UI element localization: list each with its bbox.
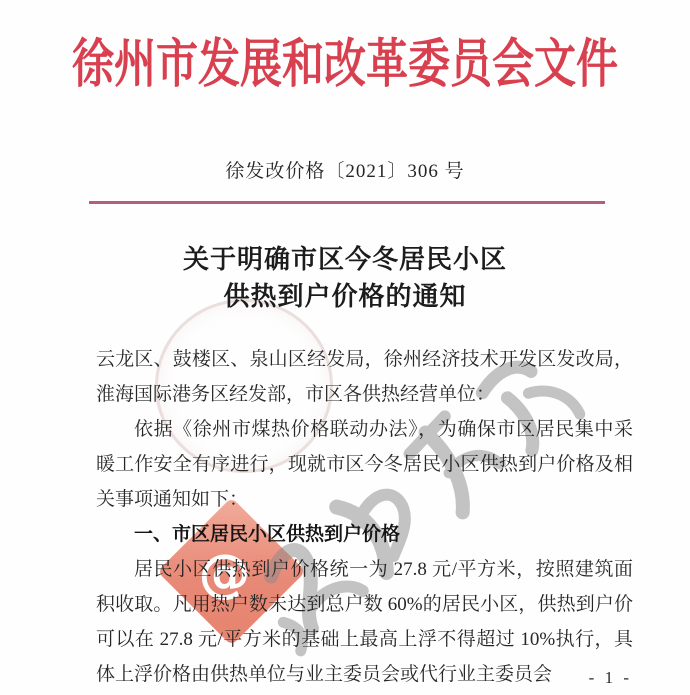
section-1-paragraph: 居民小区供热到户价格统一为 27.8 元/平方米，按照建筑面积收取。凡用热户数未… [96,552,633,692]
page-number: - 1 - [589,668,632,688]
document-body: 云龙区、鼓楼区、泉山区经发局，徐州经济技术开发区发改局，淮海国际港务区经发部，市… [96,342,633,692]
document-header-title: 徐州市发展和改革委员会文件 [0,21,690,109]
red-separator-line [89,201,605,204]
document-page: @ 徐州市发展和改革委员会文件 徐发改价格〔2021〕306 号 关于明确市区今… [0,0,690,695]
section-1-heading: 一、市区居民小区供热到户价格 [96,517,633,552]
notice-title: 关于明确市区今冬居民小区 供热到户价格的通知 [0,241,690,315]
document-number: 徐发改价格〔2021〕306 号 [0,156,690,183]
recipients-line: 云龙区、鼓楼区、泉山区经发局，徐州经济技术开发区发改局，淮海国际港务区经发部，市… [96,342,633,412]
notice-title-line1: 关于明确市区今冬居民小区 [0,241,690,278]
intro-paragraph: 依据《徐州市煤热价格联动办法》，为确保市区居民集中采暖工作安全有序进行，现就市区… [96,412,633,517]
notice-title-line2: 供热到户价格的通知 [0,278,690,315]
